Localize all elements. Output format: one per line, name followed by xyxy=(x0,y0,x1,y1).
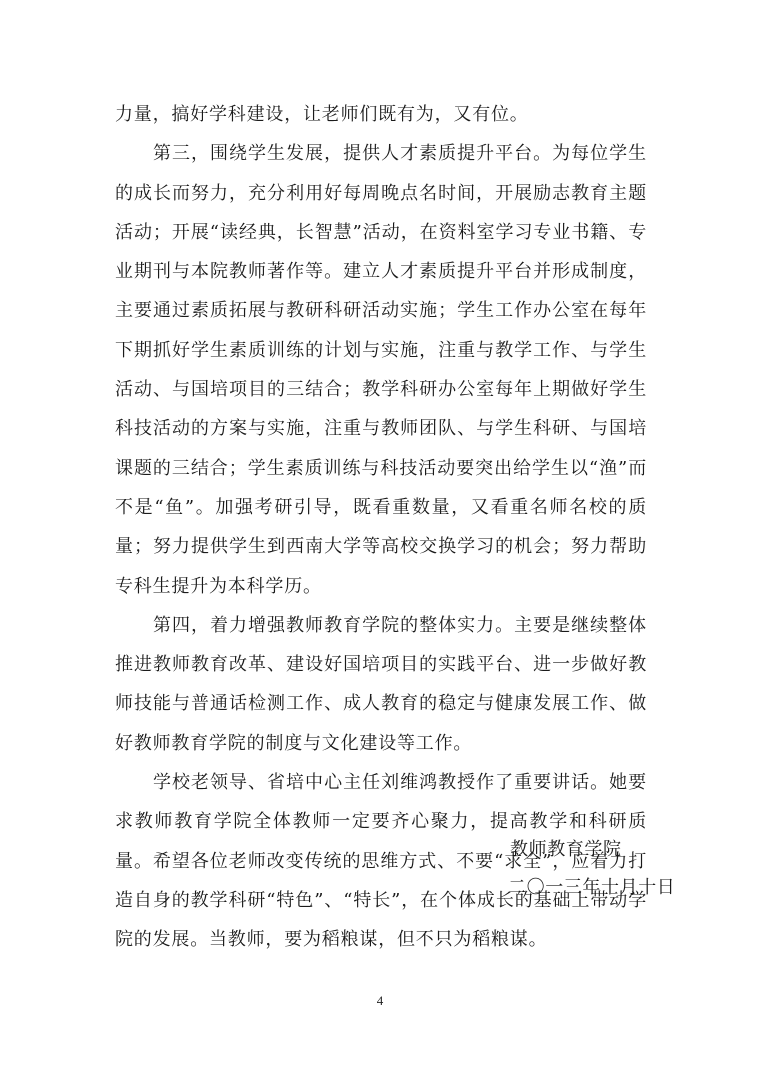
paragraph-fourth-point: 第四，着力增强教师教育学院的整体实力。主要是继续整体推进教师教育改革、建设好国培… xyxy=(115,606,647,763)
paragraph-continuation: 力量，搞好学科建设，让老师们既有为，又有位。 xyxy=(115,95,647,134)
paragraph-third-point: 第三，围绕学生发展，提供人才素质提升平台。为每位学生的成长而努力，充分利用好每周… xyxy=(115,134,647,606)
signature-organization: 教师教育学院 xyxy=(510,835,622,861)
page-number: 4 xyxy=(0,993,760,1009)
signature-date: 二〇一三年十月十日 xyxy=(508,873,675,899)
paragraph-speech: 学校老领导、省培中心主任刘维鸿教授作了重要讲话。她要求教师教育学院全体教师一定要… xyxy=(115,763,647,959)
document-body: 力量，搞好学科建设，让老师们既有为，又有位。 第三，围绕学生发展，提供人才素质提… xyxy=(115,95,647,960)
